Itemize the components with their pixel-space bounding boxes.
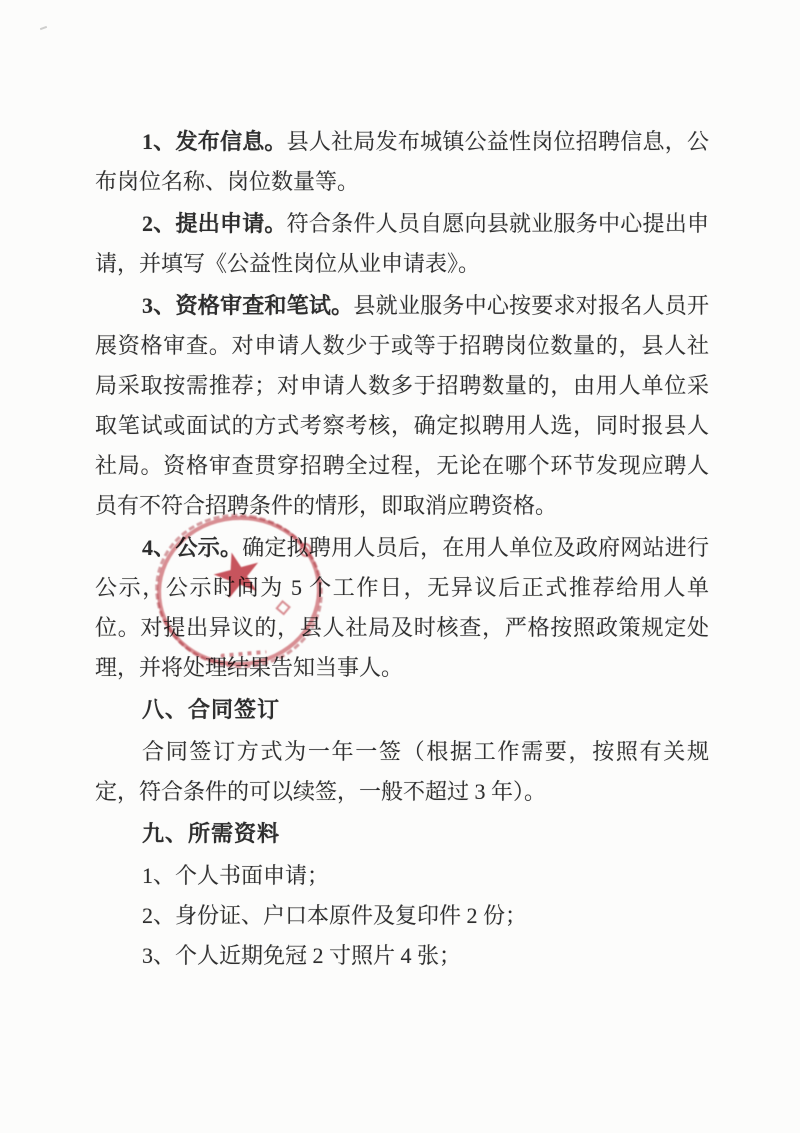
section-heading-materials: 九、所需资料 bbox=[95, 814, 709, 854]
paragraph-lead: 2、提出申请。 bbox=[142, 211, 287, 236]
scan-artifact bbox=[40, 26, 47, 30]
paragraph-lead: 4、公示。 bbox=[142, 535, 242, 560]
material-item-photos: 3、个人近期免冠 2 寸照片 4 张； bbox=[95, 936, 709, 976]
paragraph-publish-info: 1、发布信息。县人社局发布城镇公益性岗位招聘信息，公布岗位名称、岗位数量等。 bbox=[95, 122, 709, 202]
paragraph-lead: 1、发布信息。 bbox=[142, 129, 287, 154]
paragraph-apply: 2、提出申请。符合条件人员自愿向县就业服务中心提出申请，并填写《公益性岗位从业申… bbox=[95, 204, 709, 284]
material-item-written-application: 1、个人书面申请； bbox=[95, 856, 709, 896]
document-body: 1、发布信息。县人社局发布城镇公益性岗位招聘信息，公布岗位名称、岗位数量等。 2… bbox=[95, 122, 709, 976]
paragraph-lead: 3、资格审查和笔试。 bbox=[142, 293, 353, 318]
paragraph-contract-terms: 合同签订方式为一年一签（根据工作需要，按照有关规定，符合条件的可以续签，一般不超… bbox=[95, 732, 709, 812]
material-item-id-documents: 2、身份证、户口本原件及复印件 2 份； bbox=[95, 896, 709, 936]
paragraph-text: 县就业服务中心按要求对报名人员开展资格审查。对申请人数少于或等于招聘岗位数量的，… bbox=[95, 293, 709, 518]
section-heading-contract: 八、合同签订 bbox=[95, 690, 709, 730]
paragraph-qualification-review: 3、资格审查和笔试。县就业服务中心按要求对报名人员开展资格审查。对申请人数少于或… bbox=[95, 286, 709, 526]
paragraph-public-notice: 4、公示。确定拟聘用人员后，在用人单位及政府网站进行公示，公示时间为 5 个工作… bbox=[95, 528, 709, 688]
